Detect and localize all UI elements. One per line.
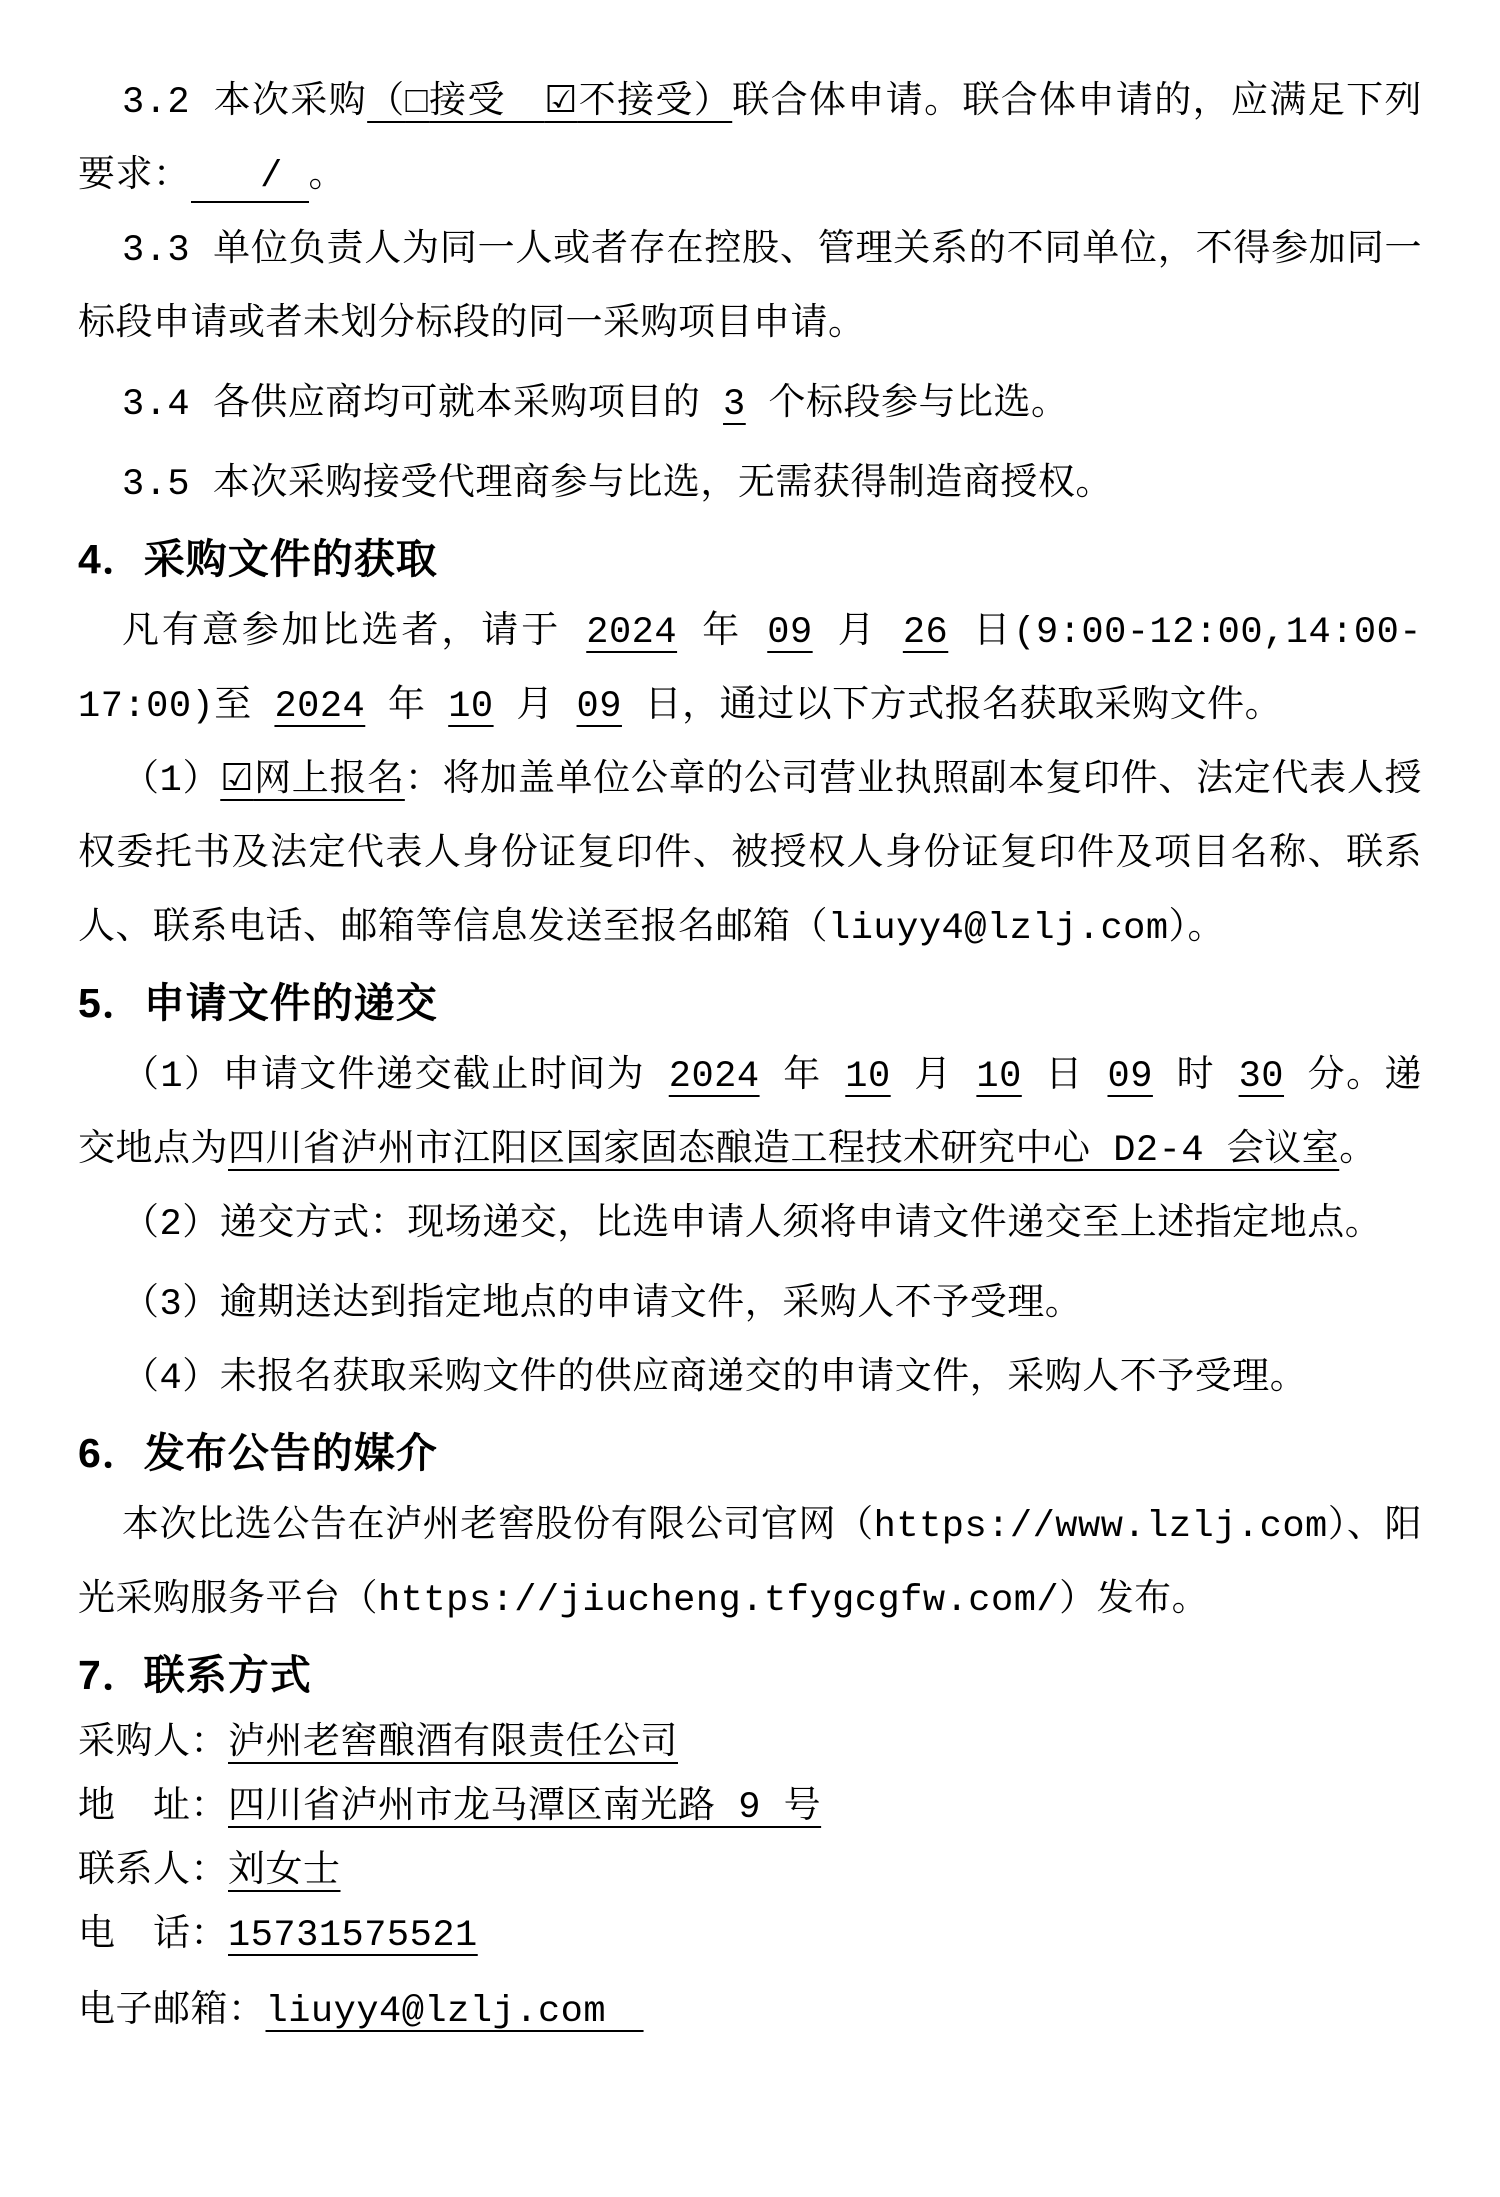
text-run: 09 [1107, 1056, 1152, 1098]
text-run: 3 [723, 384, 746, 426]
text-run: 30 [1239, 1056, 1284, 1098]
section-heading-5: 5．申请文件的递交 [78, 966, 1422, 1040]
text-run: 。 [309, 156, 347, 198]
text-run: 6．发布公告的媒介 [78, 1430, 438, 1476]
text-run: 10 [448, 686, 493, 728]
paragraph-6-intro: 本次比选公告在泸州老窖股份有限公司官网（https://www.lzlj.com… [78, 1490, 1422, 1638]
text-run: 个标段参与比选。 [746, 384, 1069, 426]
text-run: 日 [1022, 1056, 1108, 1098]
text-run: 日，通过以下方式报名获取采购文件。 [622, 686, 1282, 728]
text-run: 3.5 本次采购接受代理商参与比选，无需获得制造商授权。 [122, 464, 1113, 506]
text-run: 7．联系方式 [78, 1652, 312, 1698]
blank-field: / [191, 153, 309, 203]
text-run: 采购人： [78, 1723, 228, 1765]
checkbox-unchecked-icon: □ [406, 82, 430, 124]
paragraph-3-2: 3.2 本次采购（□接受 ☑不接受）联合体申请。联合体申请的，应满足下列要求：/… [78, 66, 1422, 214]
checkbox-checked-icon: ☑ [544, 82, 578, 124]
contact-purchaser: 采购人：泸州老窖酿酒有限责任公司 [78, 1712, 1422, 1776]
text-run: 10 [845, 1056, 890, 1098]
section-heading-4: 4．采购文件的获取 [78, 522, 1422, 596]
paragraph-3-3: 3.3 单位负责人为同一人或者存在控股、管理关系的不同单位，不得参加同一标段申请… [78, 214, 1422, 362]
contact-person: 联系人：刘女士 [78, 1840, 1422, 1904]
contact-email: 电子邮箱：liuyy4@lzlj.com [78, 1980, 1422, 2044]
paragraph-5-item-2: （2）递交方式：现场递交，比选申请人须将申请文件递交至上述指定地点。 [78, 1188, 1422, 1262]
paragraph-5-item-3: （3）逾期送达到指定地点的申请文件，采购人不予受理。 [78, 1268, 1422, 1342]
text-run: 月 [813, 612, 903, 654]
text-run: 2024 [586, 612, 677, 654]
text-run: 四川省泸州市龙马潭区南光路 9 号 [228, 1787, 821, 1829]
text-run: 地 址： [78, 1787, 228, 1829]
document-body: 3.2 本次采购（□接受 ☑不接受）联合体申请。联合体申请的，应满足下列要求：/… [78, 66, 1422, 2044]
text-run: liuyy4@lzlj.com [266, 1991, 644, 2033]
text-run: 4．采购文件的获取 [78, 536, 438, 582]
contact-phone: 电 话：15731575521 [78, 1904, 1422, 1968]
text-run: 联系人： [78, 1851, 228, 1893]
text-run: 凡有意参加比选者，请于 [122, 612, 586, 654]
text-run: 年 [677, 612, 767, 654]
text-run: 四川省泸州市江阳区国家固态酿造工程技术研究中心 D2-4 会议室 [228, 1130, 1339, 1172]
paragraph-4-intro: 凡有意参加比选者，请于 2024 年 09 月 26 日(9:00-12:00,… [78, 596, 1422, 744]
text-run: 本次比选公告在泸州老窖股份有限公司官网（https://www.lzlj.com… [78, 1506, 1422, 1622]
text-run: 电 话： [78, 1915, 228, 1957]
text-run: 26 [903, 612, 948, 654]
text-run: 3.2 本次采购 [122, 82, 367, 124]
text-run: 不接受） [578, 82, 732, 124]
text-run: 10 [976, 1056, 1021, 1098]
text-run: 泸州老窖酿酒有限责任公司 [228, 1723, 678, 1765]
contact-address: 地 址：四川省泸州市龙马潭区南光路 9 号 [78, 1776, 1422, 1840]
checkbox-checked-icon: ☑ [220, 760, 254, 802]
section-heading-7: 7．联系方式 [78, 1638, 1422, 1712]
text-run: 月 [891, 1056, 977, 1098]
text-run: 2024 [669, 1056, 760, 1098]
text-run: 月 [494, 686, 577, 728]
text-run: 接受 [429, 82, 544, 124]
text-run: 2024 [274, 686, 365, 728]
paragraph-5-item-1: （1）申请文件递交截止时间为 2024 年 10 月 10 日 09 时 30 … [78, 1040, 1422, 1188]
text-run: （4）未报名获取采购文件的供应商递交的申请文件，采购人不予受理。 [122, 1358, 1307, 1400]
text-run: 。 [1339, 1130, 1377, 1172]
text-run: （3）逾期送达到指定地点的申请文件，采购人不予受理。 [122, 1284, 1082, 1326]
text-run: 3.3 单位负责人为同一人或者存在控股、管理关系的不同单位，不得参加同一标段申请… [78, 230, 1422, 346]
text-run: 年 [760, 1056, 846, 1098]
text-run: 09 [767, 612, 812, 654]
text-run: （2）递交方式：现场递交，比选申请人须将申请文件递交至上述指定地点。 [122, 1204, 1382, 1246]
text-run: 年 [365, 686, 448, 728]
text-run: 15731575521 [228, 1915, 478, 1957]
paragraph-3-4: 3.4 各供应商均可就本采购项目的 3 个标段参与比选。 [78, 368, 1422, 442]
text-run: 09 [577, 686, 622, 728]
paragraph-5-item-4: （4）未报名获取采购文件的供应商递交的申请文件，采购人不予受理。 [78, 1342, 1422, 1416]
text-run: 刘女士 [228, 1851, 341, 1893]
text-run: （1） [122, 760, 220, 802]
text-run: 电子邮箱： [78, 1991, 266, 2033]
text-run: 时 [1153, 1056, 1239, 1098]
document-page: 3.2 本次采购（□接受 ☑不接受）联合体申请。联合体申请的，应满足下列要求：/… [0, 0, 1500, 2197]
paragraph-3-5: 3.5 本次采购接受代理商参与比选，无需获得制造商授权。 [78, 448, 1422, 522]
text-run: 3.4 各供应商均可就本采购项目的 [122, 384, 723, 426]
text-run: （ [367, 82, 405, 124]
text-run: （1）申请文件递交截止时间为 [122, 1056, 669, 1098]
section-heading-6: 6．发布公告的媒介 [78, 1416, 1422, 1490]
text-run: 网上报名 [254, 760, 405, 802]
text-run: 5．申请文件的递交 [78, 980, 438, 1026]
paragraph-4-item-1: （1）☑网上报名：将加盖单位公章的公司营业执照副本复印件、法定代表人授权委托书及… [78, 744, 1422, 966]
